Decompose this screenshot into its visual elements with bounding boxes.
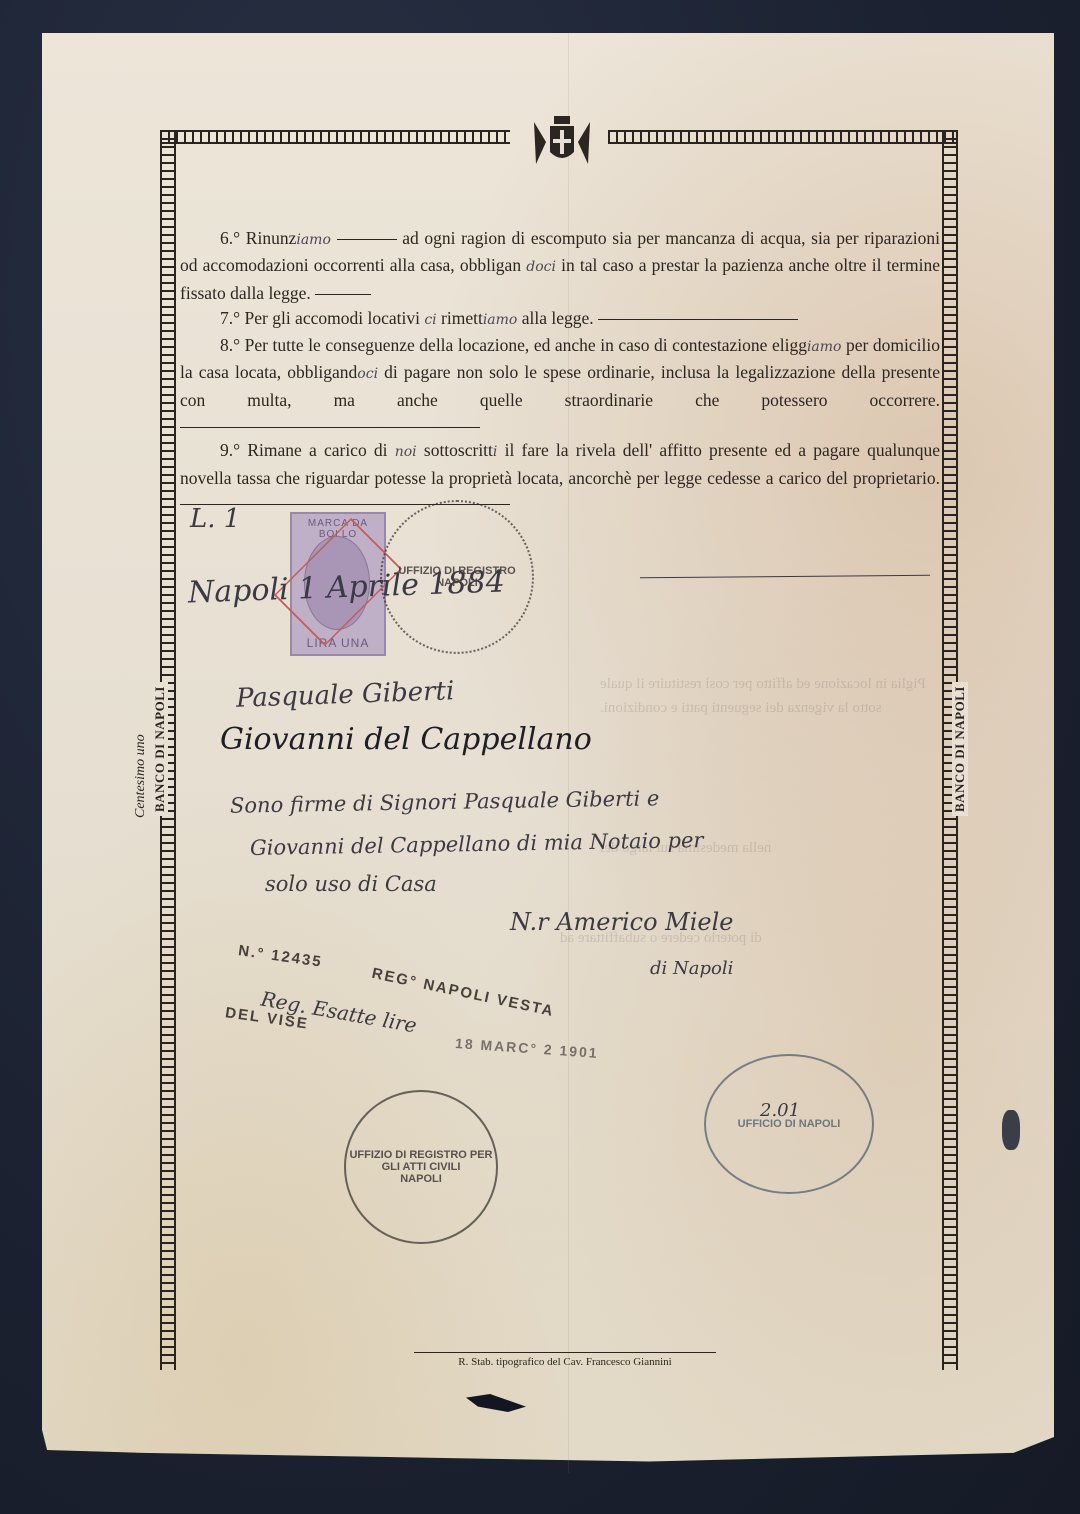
clause-6: 6.° Rinunziamo ad ogni ragion di escompu… bbox=[180, 226, 940, 306]
paper-damage bbox=[1002, 1110, 1020, 1150]
signature-2: Giovanni del Cappellano bbox=[220, 722, 592, 757]
printed-clauses: 6.° Rinunziamo ad ogni ragion di escompu… bbox=[180, 226, 940, 516]
side-label-centesimo: Centesimo uno bbox=[133, 734, 149, 818]
clause-9: 9.° Rimane a carico di noi sottoscritti … bbox=[180, 438, 940, 516]
border-top-left bbox=[160, 130, 510, 144]
printer-imprint: R. Stab. tipografico del Cav. Francesco … bbox=[414, 1356, 716, 1368]
handwritten-fill: iamo bbox=[296, 232, 331, 248]
notary-place: di Napoli bbox=[650, 958, 733, 979]
notary-signature: N.r Americo Miele bbox=[510, 908, 734, 936]
handwritten-fill: ci bbox=[424, 312, 436, 328]
clause-8: 8.° Per tutte le conseguenze della locaz… bbox=[180, 333, 940, 438]
margin-note: L. 1 bbox=[190, 504, 240, 534]
side-label-right: BANCO DI NAPOLI bbox=[952, 682, 968, 816]
notary-note-line-3: solo uso di Casa bbox=[265, 872, 437, 896]
handwritten-fill: iamo bbox=[807, 339, 842, 355]
handwritten-fill: iamo bbox=[483, 312, 518, 328]
printer-rule bbox=[414, 1352, 716, 1353]
clause-7: 7.° Per gli accomodi locativi ci rimetti… bbox=[180, 306, 940, 333]
blue-office-round-stamp: UFFICIO DI NAPOLI bbox=[704, 1054, 874, 1194]
handwritten-fill: noi bbox=[395, 444, 417, 460]
handwritten-fill: oci bbox=[357, 366, 378, 382]
registry-office-round-stamp: UFFIZIO DI REGISTRO PER GLI ATTI CIVILI … bbox=[344, 1090, 498, 1244]
border-top-right bbox=[608, 130, 958, 144]
side-label-left: BANCO DI NAPOLI bbox=[152, 682, 168, 816]
handwritten-fill: doci bbox=[526, 259, 556, 275]
